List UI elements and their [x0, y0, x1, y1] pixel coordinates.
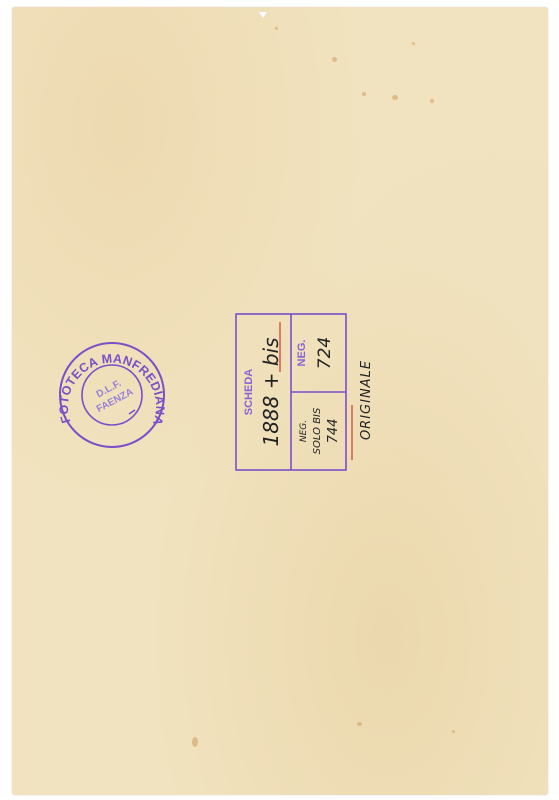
stamps-layer: FOTOTECA MANFREDIANA D.L.F. FAENZA SCHED… [0, 0, 559, 800]
neg-label: NEG. [296, 340, 308, 367]
scheda-label: SCHEDA [243, 369, 255, 416]
stamp-mark [129, 410, 135, 414]
neg-value: 724 [315, 337, 335, 369]
neg-note-line-3: 744 [326, 419, 341, 444]
neg-note-line-1: NEG. [299, 420, 309, 442]
originale-annotation: ORIGINALE [359, 360, 374, 440]
neg-note-line-2: SOLO BIS [312, 407, 323, 454]
